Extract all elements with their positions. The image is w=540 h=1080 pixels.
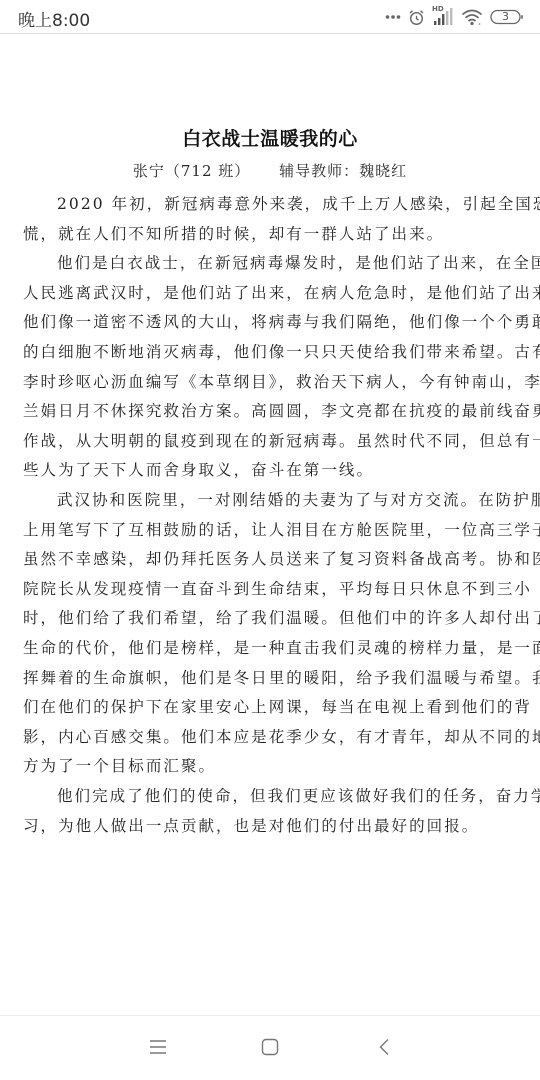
hd-signal-icon: HD [432, 8, 454, 26]
document-line: 挥舞着的生命旗帜，他们是冬日里的暖阳，给予我们温暖与希望。我 [23, 668, 517, 688]
document-line: 作战，从大明朝的鼠疫到现在的新冠病毒。虽然时代不同，但总有一 [23, 431, 517, 451]
alarm-icon [408, 9, 425, 26]
document-line: 人民逃离武汉时，是他们站了出来，在病人危急时，是他们站了出来。 [23, 283, 517, 303]
home-square-icon [261, 1038, 279, 1060]
back-chevron-icon [378, 1038, 390, 1060]
status-time: 晚上8:00 [18, 6, 90, 31]
document-line: 兰娟日月不休探究救治方案。高圆圆，李文亮都在抗疫的最前线奋勇 [23, 401, 517, 421]
menu-icon [149, 1039, 167, 1059]
battery-level: 3 [490, 9, 521, 25]
document-line: 方为了一个目标而汇聚。 [23, 756, 517, 776]
document-line: 李时珍呕心沥血编写《本草纲目》，救治天下病人，今有钟南山，李 [23, 372, 517, 392]
document-line: 些人为了天下人而舍身取义，奋斗在第一线。 [23, 460, 517, 480]
home-button[interactable] [255, 1034, 285, 1064]
document-line: 他们是白衣战士，在新冠病毒爆发时，是他们站了出来，在全国 [57, 253, 517, 273]
document-view[interactable]: 白衣战士温暖我的心 张宁（712 班） 辅导教师：魏晓红 2020 年初，新冠病… [0, 34, 540, 1014]
document-line: 生命的代价，他们是榜样，是一种直击我们灵魂的榜样力量，是一面 [23, 638, 517, 658]
document-line: 他们完成了他们的使命，但我们更应该做好我们的任务，奋力学 [57, 786, 517, 806]
document-byline: 张宁（712 班） 辅导教师：魏晓红 [0, 160, 540, 181]
document-line: 慌，就在人们不知所措的时候，却有一群人站了出来。 [23, 224, 517, 244]
document-line: 上用笔写下了互相鼓励的话，让人泪目在方舱医院里，一位高三学子 [23, 520, 517, 540]
document-line: 武汉协和医院里，一对刚结婚的夫妻为了与对方交流。在防护服 [57, 490, 517, 510]
wifi-icon [461, 9, 483, 26]
status-bar: 晚上8:00 HD 3 [0, 0, 540, 34]
battery-icon: 3 [490, 9, 524, 25]
document-line: 他们像一道密不透风的大山，将病毒与我们隔绝，他们像一个个勇敢 [23, 312, 517, 332]
more-dots-icon [385, 14, 401, 20]
document-line: 习，为他人做出一点贡献，也是对他们的付出最好的回报。 [23, 816, 517, 836]
document-line: 们在他们的保护下在家里安心上网课，每当在电视上看到他们的背 [23, 697, 517, 717]
document-line: 时，他们给了我们希望，给了我们温暖。但他们中的许多人却付出了 [23, 608, 517, 628]
document-line: 的白细胞不断地消灭病毒，他们像一只只天使给我们带来希望。古有 [23, 342, 517, 362]
status-icons: HD 3 [385, 8, 524, 26]
navigation-bar [0, 1015, 540, 1080]
back-button[interactable] [369, 1034, 399, 1064]
menu-button[interactable] [143, 1034, 173, 1064]
document-title: 白衣战士温暖我的心 [0, 124, 540, 151]
document-line: 院院长从发现疫情一直奋斗到生命结束，平均每日只休息不到三小 [23, 579, 517, 599]
document-line: 2020 年初，新冠病毒意外来袭，成千上万人感染，引起全国恐 [57, 194, 517, 214]
document-line: 虽然不幸感染，却仍拜托医务人员送来了复习资料备战高考。协和医 [23, 549, 517, 569]
document-line: 影，内心百感交集。他们本应是花季少女，有才青年，却从不同的地 [23, 727, 517, 747]
